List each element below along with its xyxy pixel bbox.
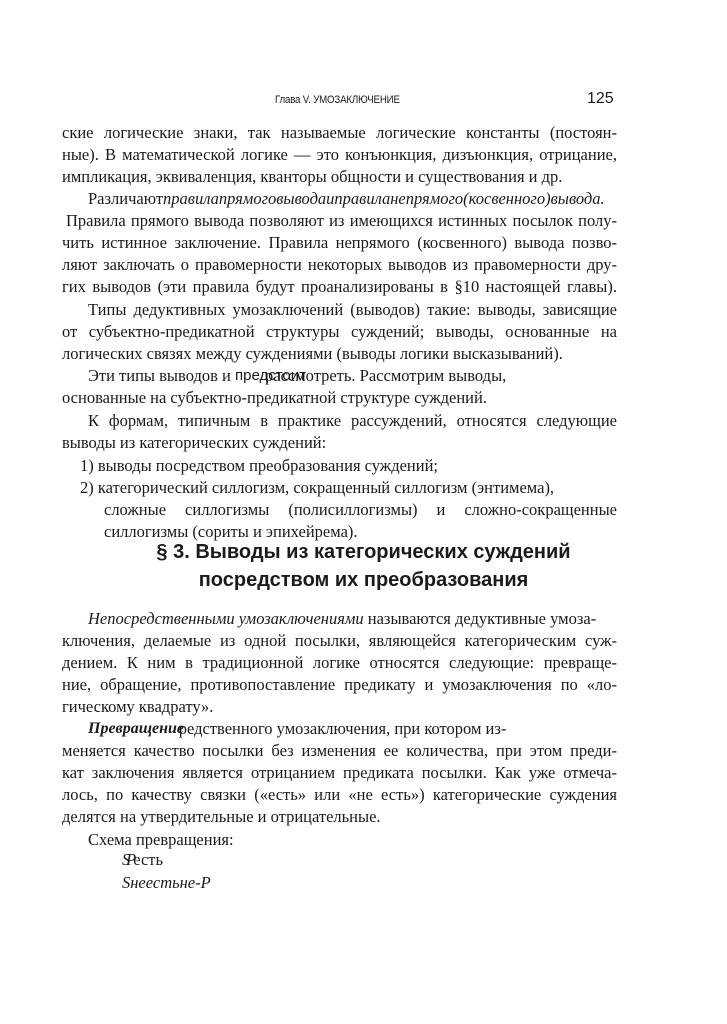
- text-line: кат заключения является отрицанием преди…: [62, 762, 617, 784]
- document-page: Глава V. УМОЗАКЛЮЧЕНИЕ 125 ские логическ…: [0, 0, 727, 1024]
- list-continuation: сложные силлогизмы (полисиллогизмы) и сл…: [104, 499, 617, 521]
- list-text: выводы посредством преобразования сужден…: [98, 456, 438, 475]
- text-line: гическому квадрату».: [62, 696, 617, 718]
- italic-term: правилапрямоговыводаиправиланепрямого(ко…: [163, 189, 605, 208]
- schema-line: Sнеестьне-P: [122, 873, 211, 893]
- text-line: меняется качество посылки без изменения …: [62, 740, 617, 762]
- text-line: дением. К ним в традиционной логике отно…: [62, 652, 617, 674]
- text-line: импликация, эквиваленция, кванторы общно…: [62, 166, 617, 188]
- text-span: Различают: [88, 189, 163, 208]
- text-line: от субъектно-предикатной структуры сужде…: [62, 321, 617, 343]
- text-line: ные). В математической логике — это конъ…: [62, 144, 617, 166]
- text-line: основанные на субъектно-предикатной стру…: [62, 387, 617, 409]
- list-marker: 2): [80, 478, 94, 497]
- paragraph-start: Эти типы выводов и предстоитрассмотреть.…: [88, 365, 617, 387]
- running-header: Глава V. УМОЗАКЛЮЧЕНИЕ 125: [0, 92, 727, 112]
- text-span: редственного умозаключения, при котором …: [179, 719, 507, 738]
- text-line: гих выводов (эти правила будут проанализ…: [62, 276, 617, 298]
- text-line: чить истинное заключение. Правила непрям…: [62, 232, 617, 254]
- text-span: Рассмотрим выводы,: [356, 366, 507, 385]
- chapter-title: Глава V. УМОЗАКЛЮЧЕНИЕ: [275, 94, 400, 106]
- text-line: ключения, делаемые из одной посылки, явл…: [62, 630, 617, 652]
- paragraph-start: Непосредственными умозаключениями называ…: [88, 608, 617, 630]
- list-marker: 1): [80, 456, 94, 475]
- overlapping-text: предстоитрассмотреть.: [235, 365, 356, 387]
- text-line: логических связях между суждениями (выво…: [62, 343, 617, 365]
- list-item: 1) выводы посредством преобразования суж…: [80, 455, 617, 477]
- text-span: называются дедуктивные умоза-: [364, 609, 597, 628]
- text-line: ские логические знаки, так называемые ло…: [62, 122, 617, 144]
- schema-line: SPесть: [122, 850, 163, 870]
- text-line: делятся на утвердительные и отрицательны…: [62, 806, 617, 828]
- paragraph-start: Различаютправилапрямоговыводаиправиланеп…: [88, 188, 617, 210]
- section-heading: § 3. Выводы из категорических суждений: [0, 538, 727, 566]
- paragraph-start: Превращение— вид непосредственного умоза…: [88, 718, 617, 740]
- paragraph-start: К формам, типичным в практике рассуждени…: [88, 410, 617, 432]
- paragraph-start: Типы дедуктивных умозаключений (выводов)…: [88, 299, 617, 321]
- text-line: выводы из категорических суждений:: [62, 432, 617, 454]
- overlap-text-a: Превращение: [88, 718, 184, 740]
- list-item: 2) категорический силлогизм, сокращенный…: [80, 477, 617, 499]
- paragraph-start: Схема превращения:: [88, 829, 617, 851]
- italic-term: Непосредственными умозаключениями: [88, 609, 364, 628]
- schema-predicate: P: [126, 850, 136, 870]
- list-text: категорический силлогизм, сокращенный си…: [98, 478, 554, 497]
- text-span: Эти типы выводов и: [88, 366, 235, 385]
- section-heading: посредством их преобразования: [0, 566, 727, 594]
- overlap-text-a: предстоит: [235, 365, 306, 387]
- page-number: 125: [587, 90, 614, 108]
- text-line: ние, обращение, противопоставление преди…: [62, 674, 617, 696]
- text-line: Правила прямого вывода позволяют из имею…: [66, 210, 617, 232]
- text-line: ляют заключать о правомерности некоторых…: [62, 254, 617, 276]
- overlapping-text: Превращение— вид непос: [88, 718, 179, 740]
- text-line: лось, по качеству связки («есть» или «не…: [62, 784, 617, 806]
